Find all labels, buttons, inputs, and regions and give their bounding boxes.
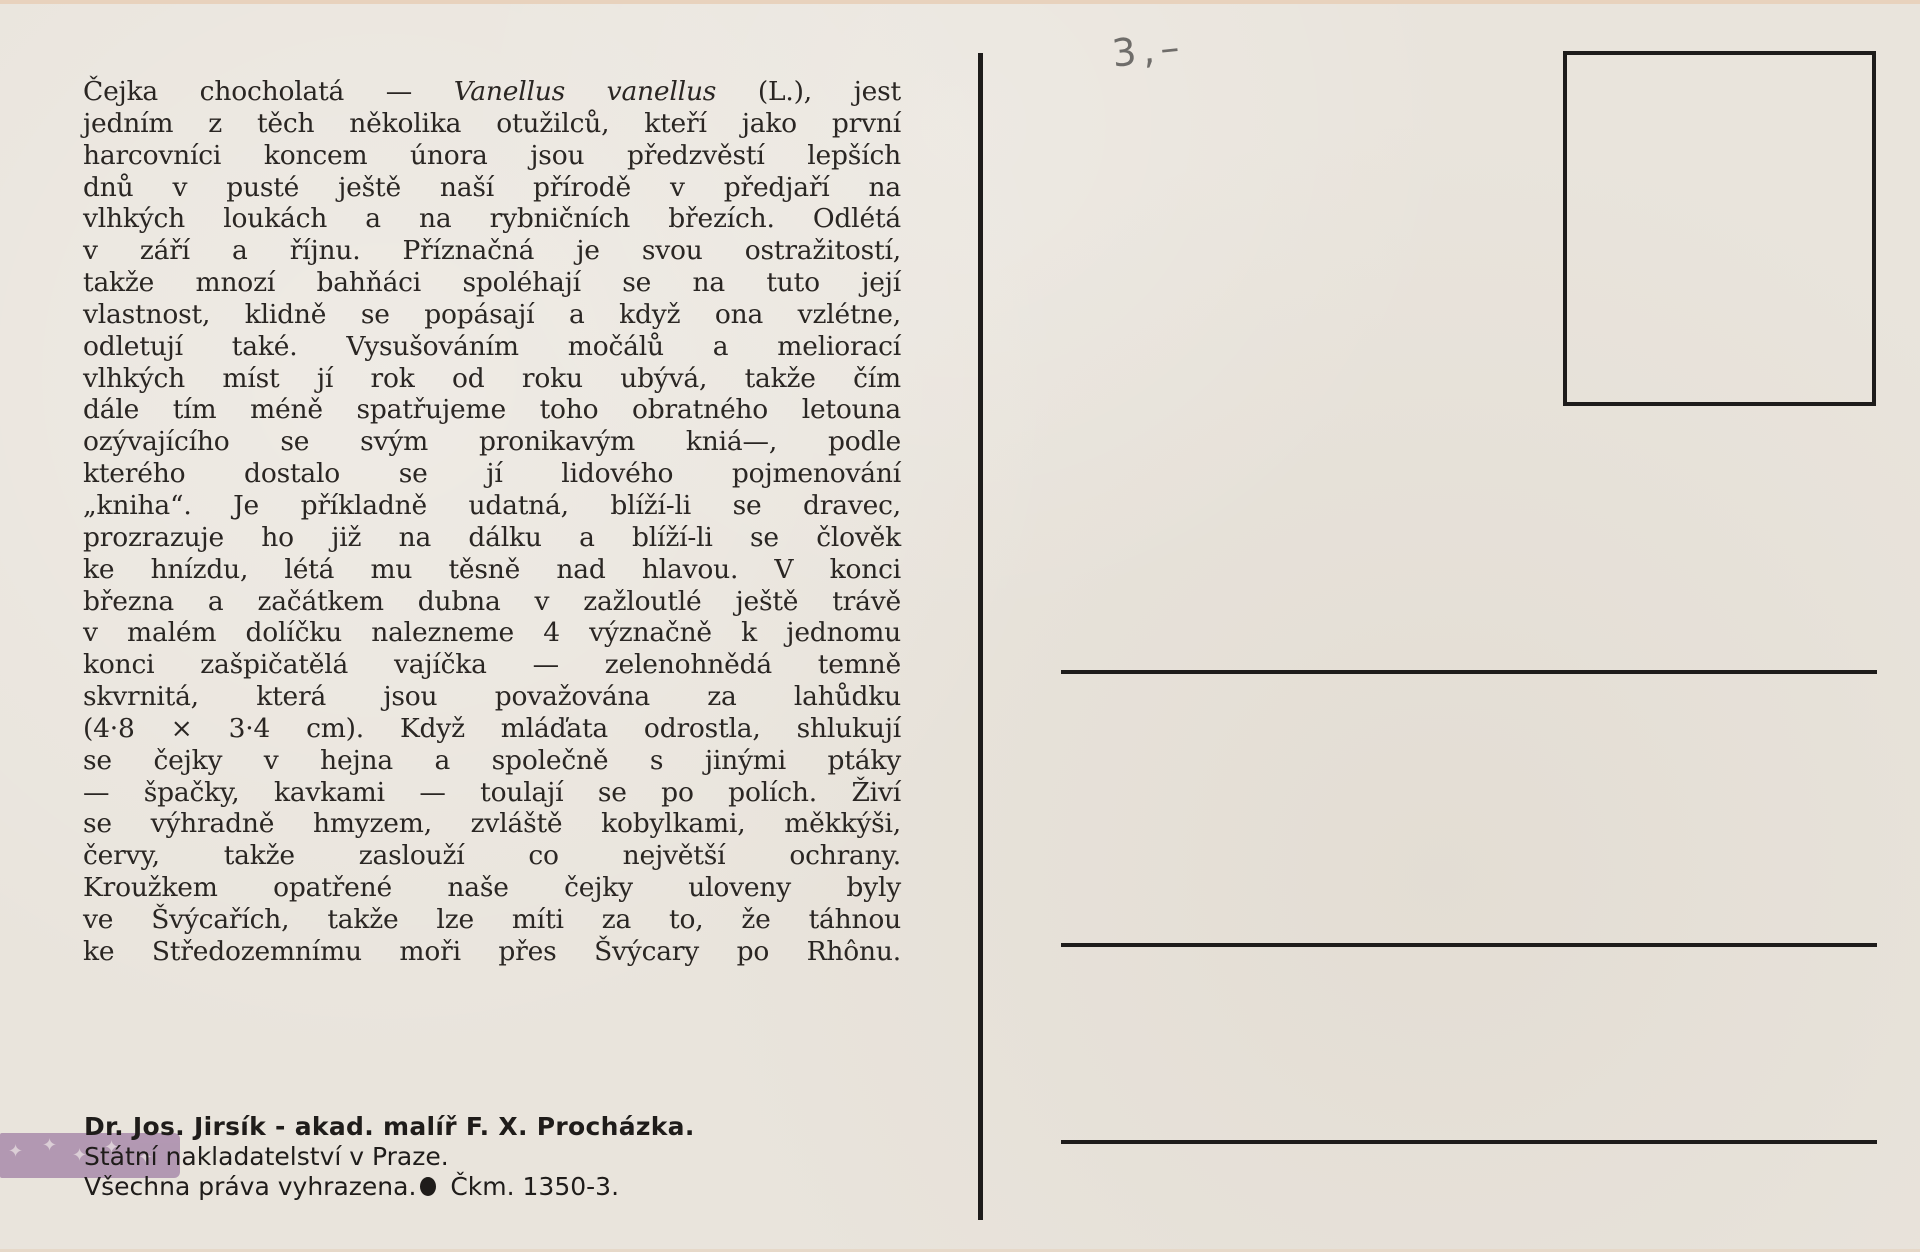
species-description: Čejka chocholatá — Vanellus vanellus (L.… <box>83 76 901 968</box>
publisher-name: Státní nakladatelství v Praze. <box>84 1142 695 1172</box>
description-line: ve Švýcařích, takže lze míti za to, že t… <box>83 904 901 936</box>
description-line: vlhkých míst jí rok od roku ubývá, takže… <box>83 363 901 395</box>
description-line: vlhkých loukách a na rybničních březích.… <box>83 203 901 235</box>
address-line-1 <box>1061 670 1877 674</box>
rights-catalog-line: Všechna práva vyhrazena. Čkm. 1350-3. <box>84 1172 695 1202</box>
postage-stamp-box <box>1563 51 1876 406</box>
description-line: ozývajícího se svým pronikavým kniá—, po… <box>83 426 901 458</box>
description-line: ke hnízdu, létá mu těsně nad hlavou. V k… <box>83 554 901 586</box>
description-line: března a začátkem dubna v zažloutlé ješt… <box>83 586 901 618</box>
description-line: dále tím méně spatřujeme toho obratného … <box>83 394 901 426</box>
card-center-divider <box>978 53 983 1220</box>
description-line: červy, takže zaslouží co největší ochran… <box>83 840 901 872</box>
description-line: Kroužkem opatřené naše čejky uloveny byl… <box>83 872 901 904</box>
description-line: „kniha“. Je příkladně udatná, blíží-li s… <box>83 490 901 522</box>
latin-name: Vanellus vanellus <box>454 76 716 107</box>
authors-credit: Dr. Jos. Jirsík - akad. malíř F. X. Proc… <box>84 1112 695 1142</box>
description-line: harcovníci koncem února jsou předzvěstí … <box>83 140 901 172</box>
publisher-footer: Dr. Jos. Jirsík - akad. malíř F. X. Proc… <box>84 1112 695 1202</box>
common-name: Čejka chocholatá <box>83 76 344 107</box>
rights-notice: Všechna práva vyhrazena. <box>84 1172 416 1201</box>
description-line: vlastnost, klidně se popásají a když ona… <box>83 299 901 331</box>
description-line: kterého dostalo se jí lidového pojmenová… <box>83 458 901 490</box>
catalog-number: Čkm. 1350-3. <box>450 1172 619 1201</box>
description-line: se výhradně hmyzem, zvláště kobylkami, m… <box>83 808 901 840</box>
bullet-icon <box>420 1177 436 1196</box>
description-line: skvrnitá, která jsou považována za lahůd… <box>83 681 901 713</box>
description-line-1: Čejka chocholatá — Vanellus vanellus (L.… <box>83 76 901 108</box>
description-line: — špačky, kavkami — toulají se po polích… <box>83 777 901 809</box>
description-line: konci zašpičatělá vajíčka — zelenohnědá … <box>83 649 901 681</box>
description-line: prozrazuje ho již na dálku a blíží-li se… <box>83 522 901 554</box>
description-line: dnů v pusté ještě naší přírodě v předjař… <box>83 172 901 204</box>
description-line: ke Středozemnímu moři přes Švýcary po Rh… <box>83 936 901 968</box>
address-line-2 <box>1061 943 1877 947</box>
description-line: odletují také. Vysušováním močálů a meli… <box>83 331 901 363</box>
card-top-edge <box>0 0 1920 4</box>
address-line-3 <box>1061 1140 1877 1144</box>
description-line: takže mnozí bahňáci spoléhají se na tuto… <box>83 267 901 299</box>
description-line: se čejky v hejna a společně s jinými ptá… <box>83 745 901 777</box>
description-line: jedním z těch několika otužilců, kteří j… <box>83 108 901 140</box>
description-line: v malém dolíčku nalezneme 4 význačně k j… <box>83 617 901 649</box>
pencil-price-note: 3,– <box>1110 24 1187 75</box>
description-line: v září a říjnu. Příznačná je svou ostraž… <box>83 235 901 267</box>
description-line: (4·8 × 3·4 cm). Když mláďata odrostla, s… <box>83 713 901 745</box>
